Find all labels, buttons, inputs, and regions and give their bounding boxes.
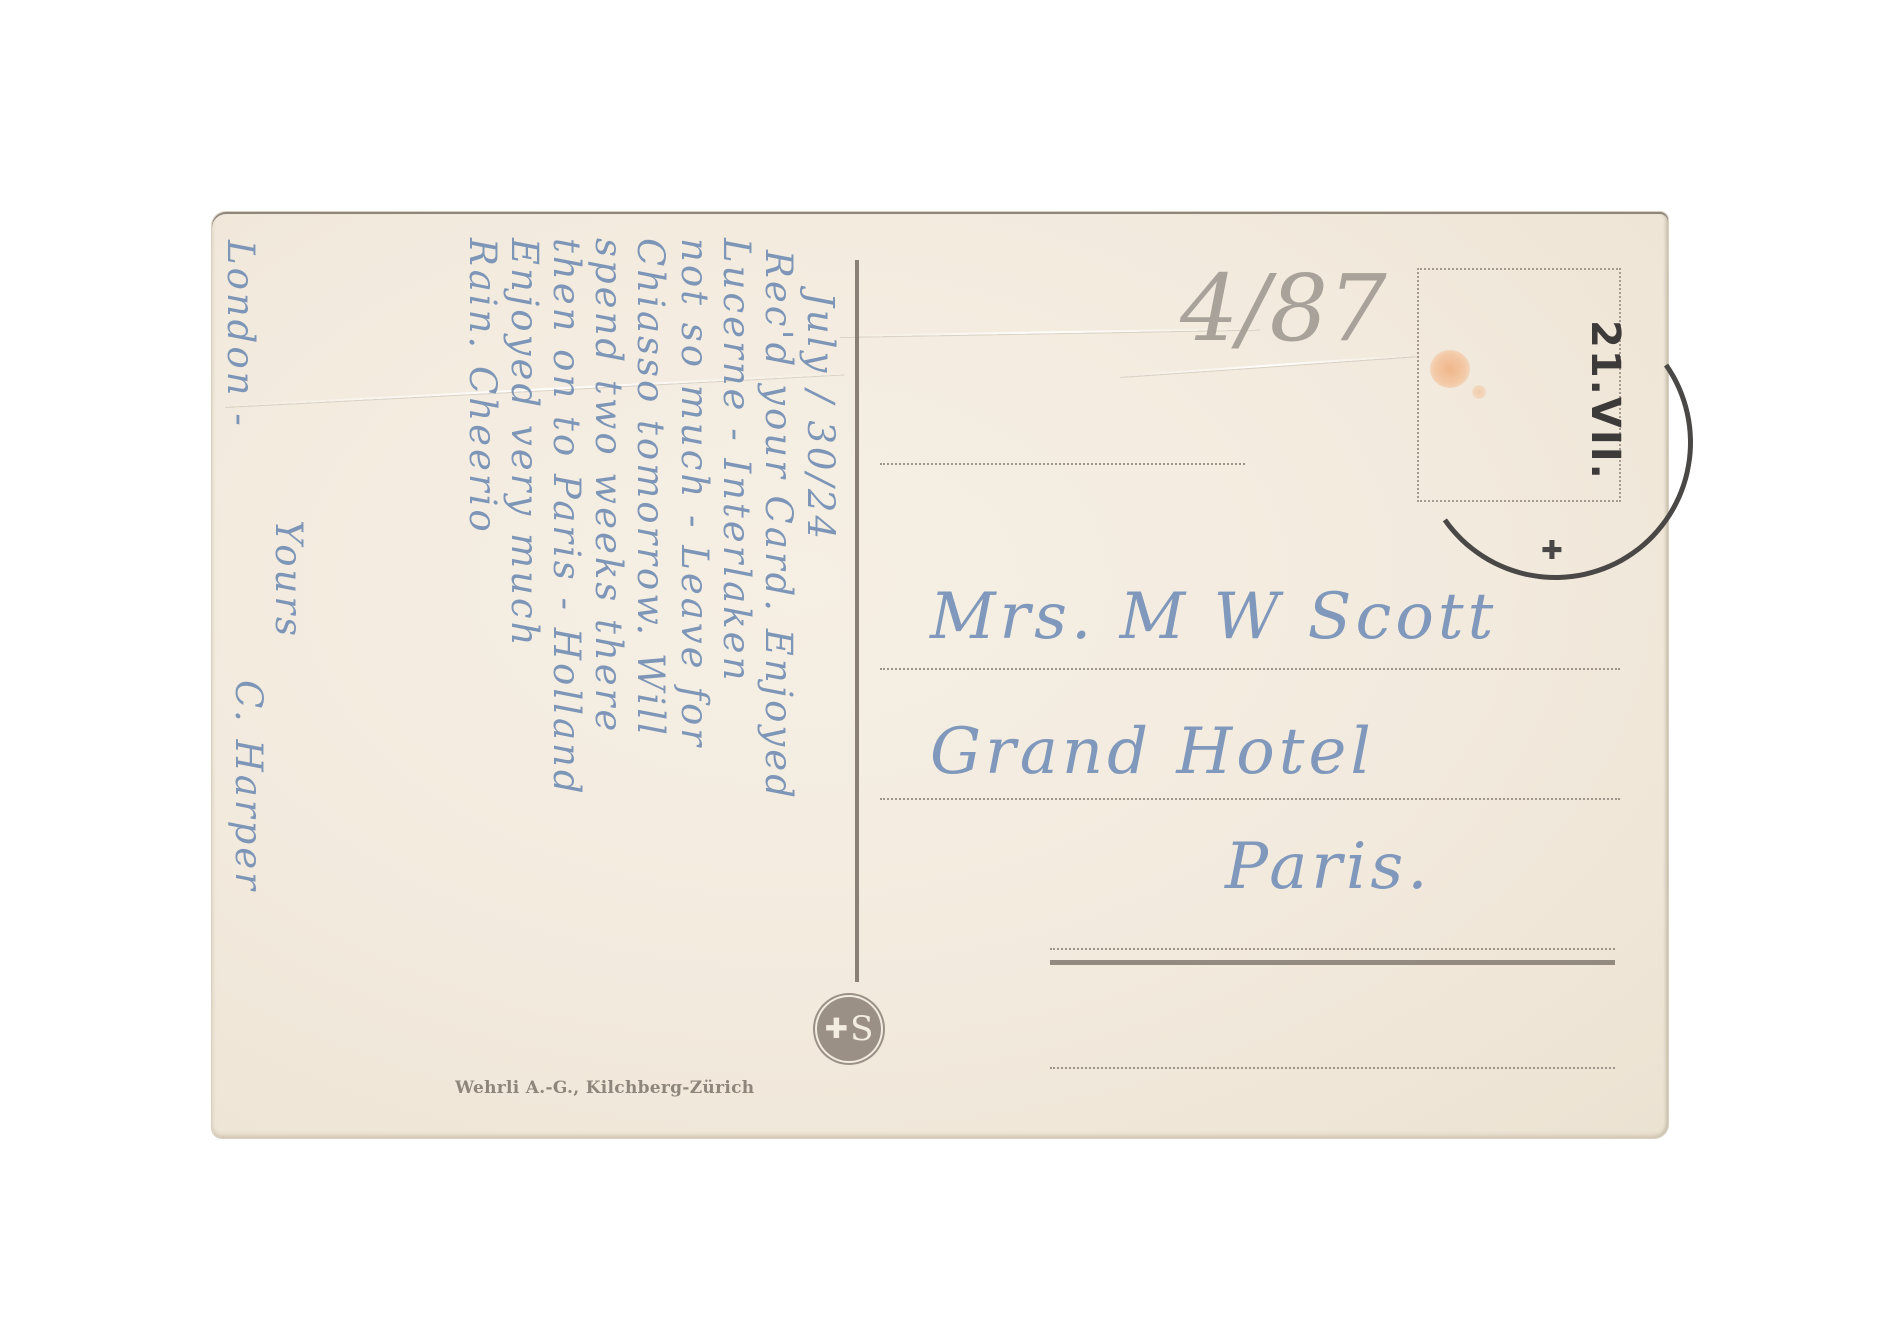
message-line: C. Harper [227,680,270,893]
message-line: spend two weeks there [587,238,630,734]
publisher-logo: ✚ S [817,997,881,1061]
pencil-note: 4/87 [1180,255,1387,362]
address-hotel: Grand Hotel [930,715,1375,789]
address-line [880,668,1620,670]
message-line: Rain. Cheerio [461,238,504,535]
address-line [880,463,1245,465]
message-line: Enjoyed very much [503,238,546,648]
message-line: Rec'd your Card. Enjoyed [757,250,800,801]
message-line: not so much - Leave for [673,238,716,749]
message-line: Yours [267,520,310,639]
message-line: then on to Paris - Holland [545,238,588,797]
address-underline [1050,960,1615,965]
divider-line [855,260,859,982]
postmark-cross-icon: ✚ [1541,536,1563,566]
swiss-cross-icon: ✚ [825,1015,848,1043]
message-line: Lucerne - Interlaken [715,238,758,683]
message-line: London - [219,240,262,429]
address-line [1050,1067,1615,1069]
address-recipient: Mrs. M W Scott [930,580,1497,654]
logo-letter: S [850,1012,873,1046]
message-line: July / 30/24 [799,292,842,542]
message-line: Chiasso tomorrow. Will [629,238,672,738]
publisher-imprint: Wehrli A.-G., Kilchberg-Zürich [455,1078,754,1098]
postmark-date: 21.VII. [1582,320,1628,481]
address-city: Paris. [1225,830,1432,904]
address-line [880,798,1620,800]
address-line [1050,948,1615,950]
